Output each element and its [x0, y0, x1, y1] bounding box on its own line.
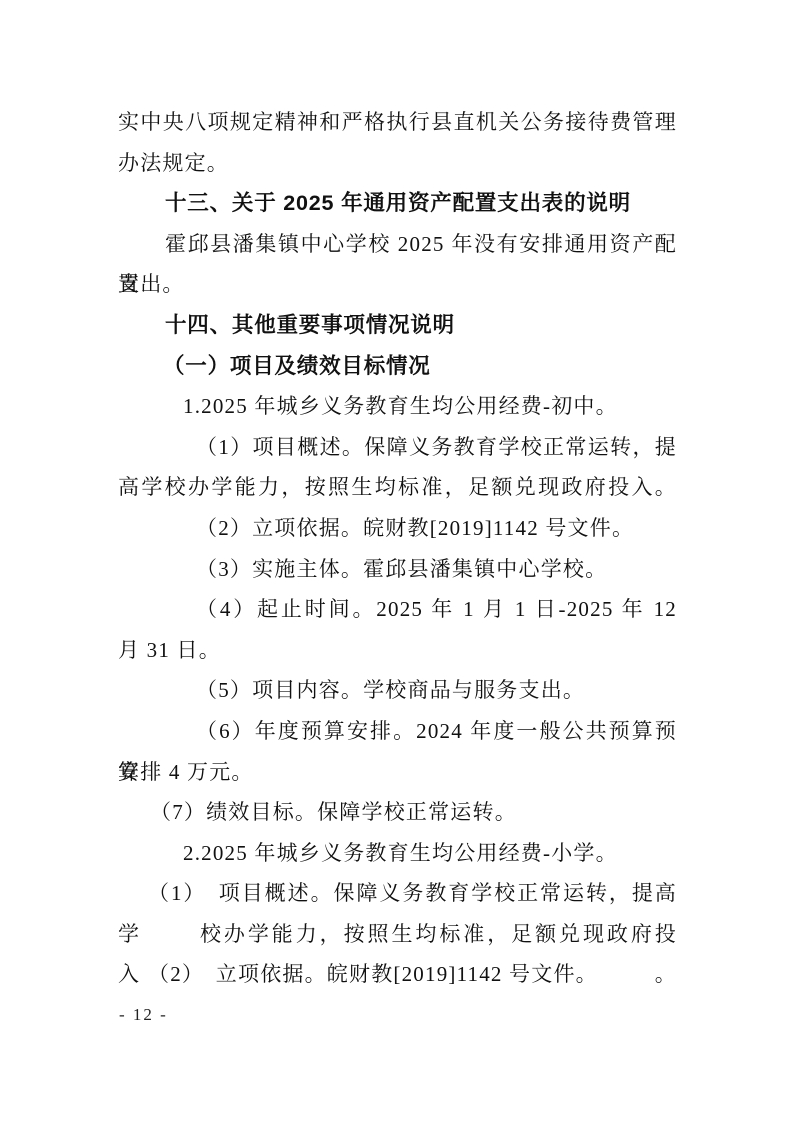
project-detail-line: 高学校办学能力，按照生均标准，足额兑现政府投入。 [118, 467, 677, 508]
project-detail-line: （4）起止时间。2025 年 1 月 1 日-2025 年 12 [118, 589, 677, 630]
section-heading-13: 十三、关于 2025 年通用资产配置支出表的说明 [118, 183, 677, 224]
page-number: - 12 - [119, 1005, 168, 1024]
body-text-line: 办法规定。 [118, 143, 677, 184]
project-detail-line: （6）年度预算安排。2024 年度一般公共预算预算 [118, 711, 677, 752]
subsection-heading-projects: （一）项目及绩效目标情况 [118, 346, 677, 387]
project-detail-line: （1） 项目概述。保障义务教育学校正常运转，提高学 [118, 873, 677, 914]
document-body: 实中央八项规定精神和严格执行县直机关公务接待费管理 办法规定。 十三、关于 20… [118, 102, 677, 995]
document-page: 实中央八项规定精神和严格执行县直机关公务接待费管理 办法规定。 十三、关于 20… [0, 0, 793, 1122]
project-item-1-title: 1.2025 年城乡义务教育生均公用经费-初中。 [118, 386, 677, 427]
project-detail-line: （3）实施主体。霍邱县潘集镇中心学校。 [118, 549, 677, 590]
project-detail-line: （2） 立项依据。皖财教[2019]1142 号文件。 [118, 954, 677, 995]
project-detail-line: （1）项目概述。保障义务教育学校正常运转，提 [118, 427, 677, 468]
project-detail-line: 月 31 日。 [118, 630, 677, 671]
body-text-line: 霍邱县潘集镇中心学校 2025 年没有安排通用资产配置 [118, 224, 677, 265]
section-heading-14: 十四、其他重要事项情况说明 [118, 305, 677, 346]
project-detail-line: （2）立项依据。皖财教[2019]1142 号文件。 [118, 508, 677, 549]
body-text-line: 支出。 [118, 264, 677, 305]
page-footer: - 12 - [119, 1003, 168, 1027]
project-detail-line: 安排 4 万元。 [118, 752, 677, 793]
project-detail-line: 校办学能力，按照生均标准，足额兑现政府投入。 [118, 914, 677, 955]
project-item-2-title: 2.2025 年城乡义务教育生均公用经费-小学。 [118, 833, 677, 874]
project-detail-line: （7）绩效目标。保障学校正常运转。 [118, 792, 677, 833]
body-text-line: 实中央八项规定精神和严格执行县直机关公务接待费管理 [118, 102, 677, 143]
project-detail-line: （5）项目内容。学校商品与服务支出。 [118, 670, 677, 711]
